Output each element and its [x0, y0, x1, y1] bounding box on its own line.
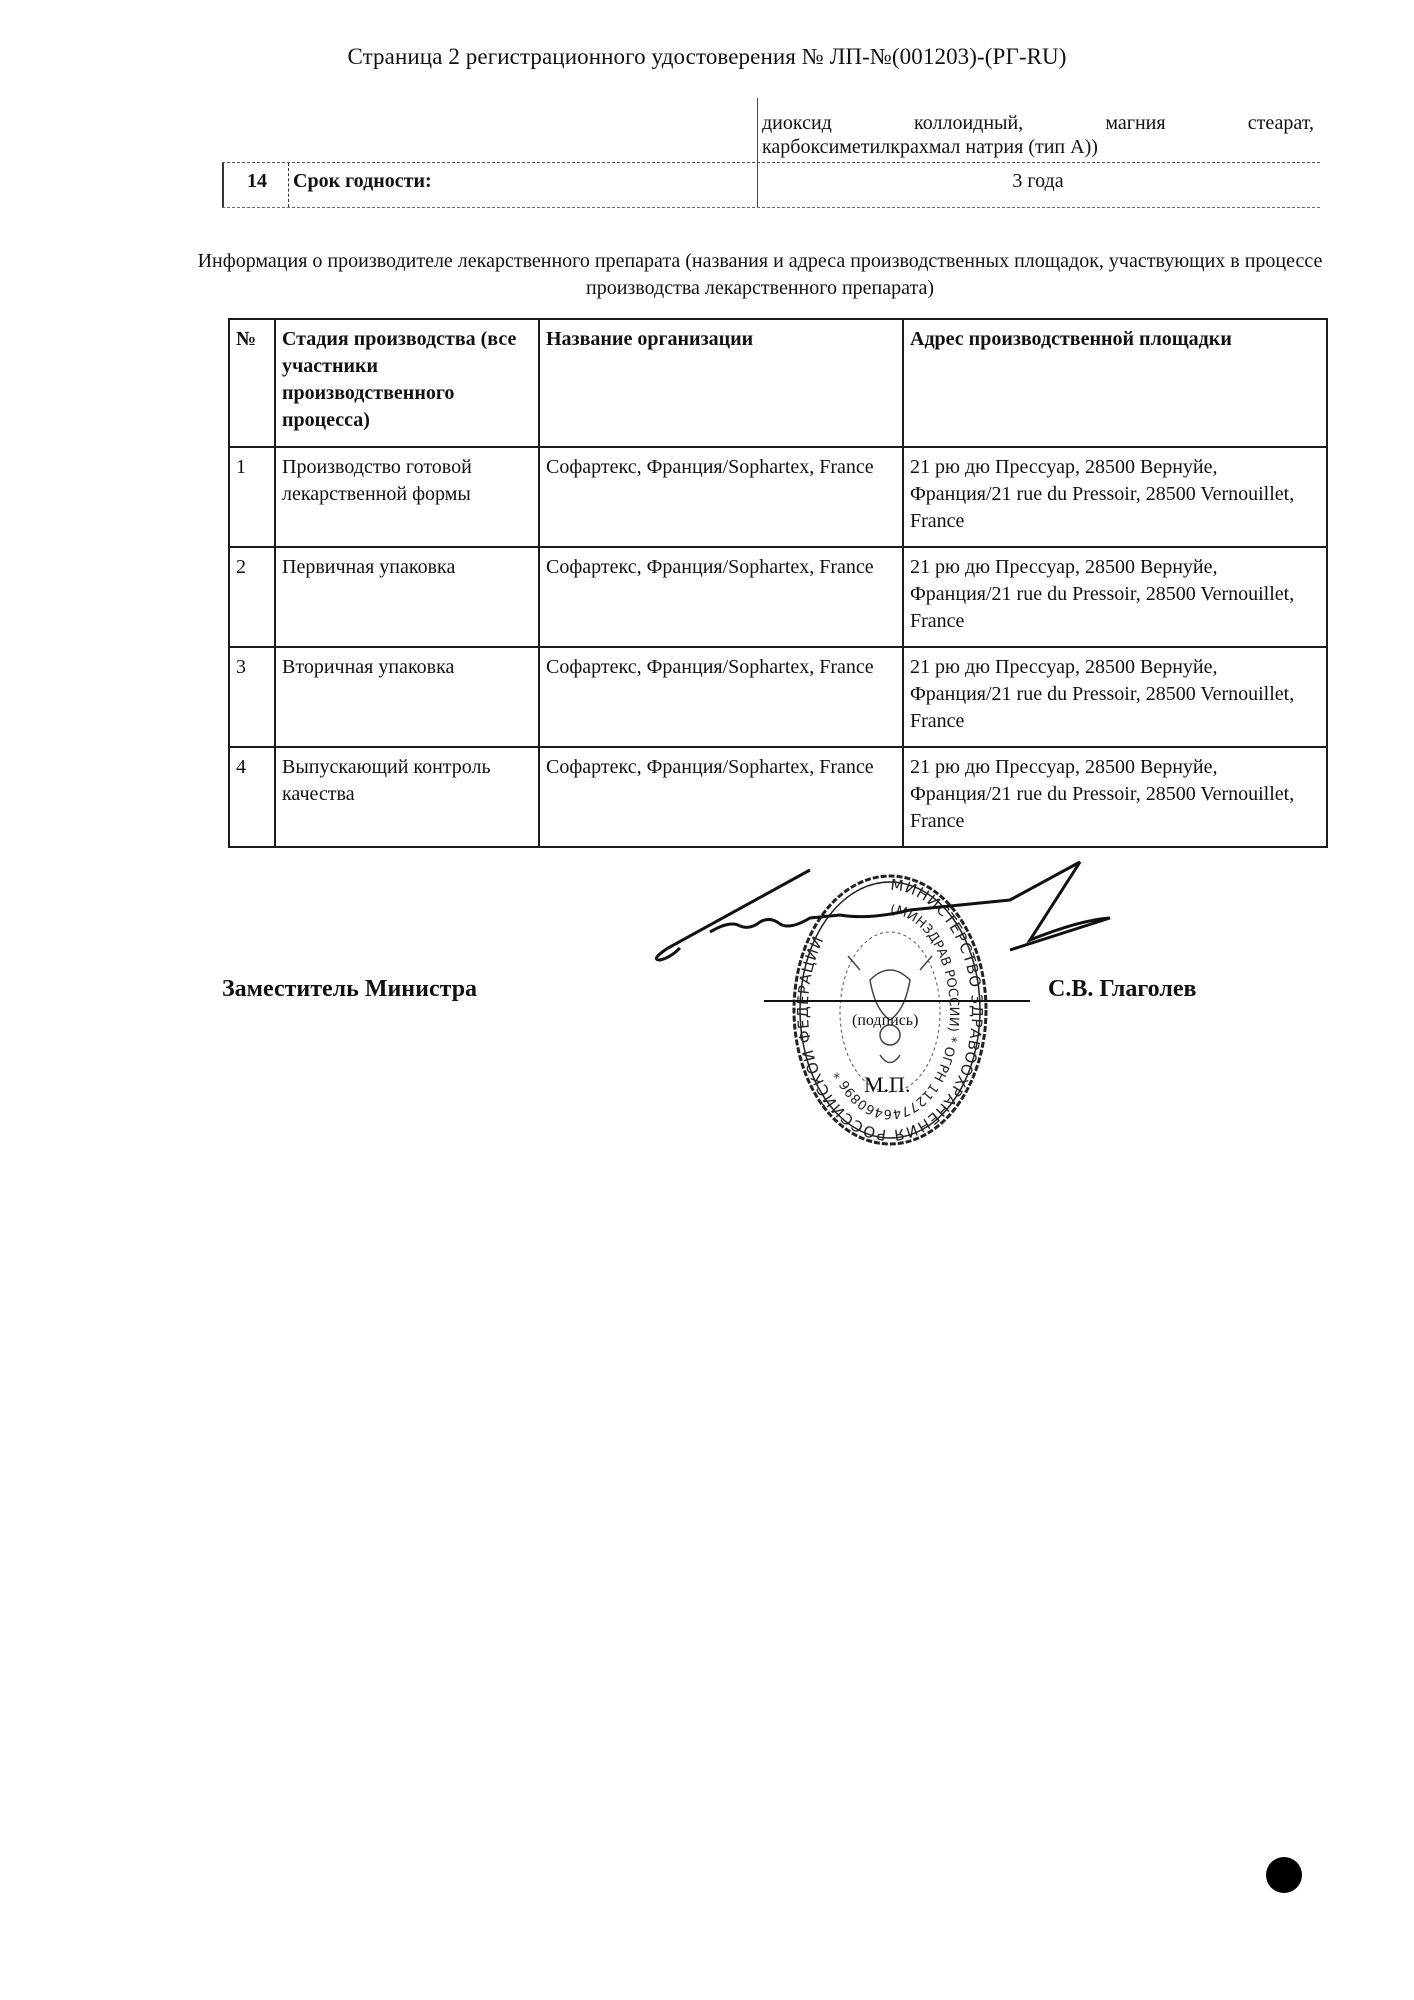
- signatory-name: С.В. Глаголев: [1048, 976, 1196, 1003]
- table-row: 3 Вторичная упаковка Софартекс, Франция/…: [229, 647, 1327, 747]
- signature-line: [764, 1000, 1030, 1002]
- page-header: Страница 2 регистрационного удостоверени…: [0, 44, 1414, 70]
- stage-cell: Выпускающий контроль качества: [275, 747, 539, 847]
- composition-line-1: диоксид коллоидный, магния стеарат,: [762, 112, 1314, 135]
- organization-cell: Софартекс, Франция/Sophartex, France: [539, 547, 903, 647]
- table-row: 4 Выпускающий контроль качества Софартек…: [229, 747, 1327, 847]
- signature-block: МИНИСТЕРСТВО ЗДРАВООХРАНЕНИЯ РОССИЙСКОЙ …: [0, 860, 1414, 1180]
- organization-cell: Софартекс, Франция/Sophartex, France: [539, 647, 903, 747]
- address-cell: 21 рю дю Прессуар, 28500 Вернуйе, Франци…: [903, 647, 1327, 747]
- address-cell: 21 рю дю Прессуар, 28500 Вернуйе, Франци…: [903, 447, 1327, 547]
- seal-caption: М.П.: [864, 1072, 910, 1098]
- address-cell: 21 рю дю Прессуар, 28500 Вернуйе, Франци…: [903, 547, 1327, 647]
- row-number: 1: [229, 447, 275, 547]
- table-row: 2 Первичная упаковка Софартекс, Франция/…: [229, 547, 1327, 647]
- table-header-row: № Стадия производства (все участники про…: [229, 319, 1327, 447]
- stage-cell: Производство готовой лекарственной формы: [275, 447, 539, 547]
- row-number: 4: [229, 747, 275, 847]
- signature-caption: (подпись): [852, 1012, 918, 1030]
- filled-circle-mark-icon: [1266, 1857, 1302, 1893]
- shelf-life-value: 3 года: [757, 163, 1318, 207]
- stage-cell: Вторичная упаковка: [275, 647, 539, 747]
- composition-word: коллоидный,: [914, 112, 1023, 135]
- stage-cell: Первичная упаковка: [275, 547, 539, 647]
- composition-row-tail: диоксид коллоидный, магния стеарат, карб…: [222, 98, 1320, 162]
- shelf-life-row: 14 Срок годности: 3 года: [222, 162, 1320, 208]
- manufacturer-table: № Стадия производства (все участники про…: [228, 318, 1328, 848]
- signatory-position: Заместитель Министра: [222, 976, 477, 1003]
- row-number: 3: [229, 647, 275, 747]
- address-cell: 21 рю дю Прессуар, 28500 Вернуйе, Франци…: [903, 747, 1327, 847]
- manufacturer-intro: Информация о производителе лекарственног…: [180, 248, 1340, 302]
- shelf-life-label: Срок годности:: [288, 163, 756, 207]
- column-header-address: Адрес производственной площадки: [903, 319, 1327, 447]
- composition-line-2: карбоксиметилкрахмал натрия (тип А)): [762, 136, 1098, 159]
- composition-word: магния: [1105, 112, 1165, 135]
- composition-word: диоксид: [762, 112, 832, 135]
- row-number: 2: [229, 547, 275, 647]
- column-header-number: №: [229, 319, 275, 447]
- column-header-organization: Название организации: [539, 319, 903, 447]
- composition-cell: диоксид коллоидный, магния стеарат, карб…: [757, 98, 1318, 162]
- table-row: 1 Производство готовой лекарственной фор…: [229, 447, 1327, 547]
- composition-word: стеарат,: [1248, 112, 1314, 135]
- column-header-stage: Стадия производства (все участники произ…: [275, 319, 539, 447]
- row-number: 14: [222, 163, 290, 207]
- organization-cell: Софартекс, Франция/Sophartex, France: [539, 747, 903, 847]
- organization-cell: Софартекс, Франция/Sophartex, France: [539, 447, 903, 547]
